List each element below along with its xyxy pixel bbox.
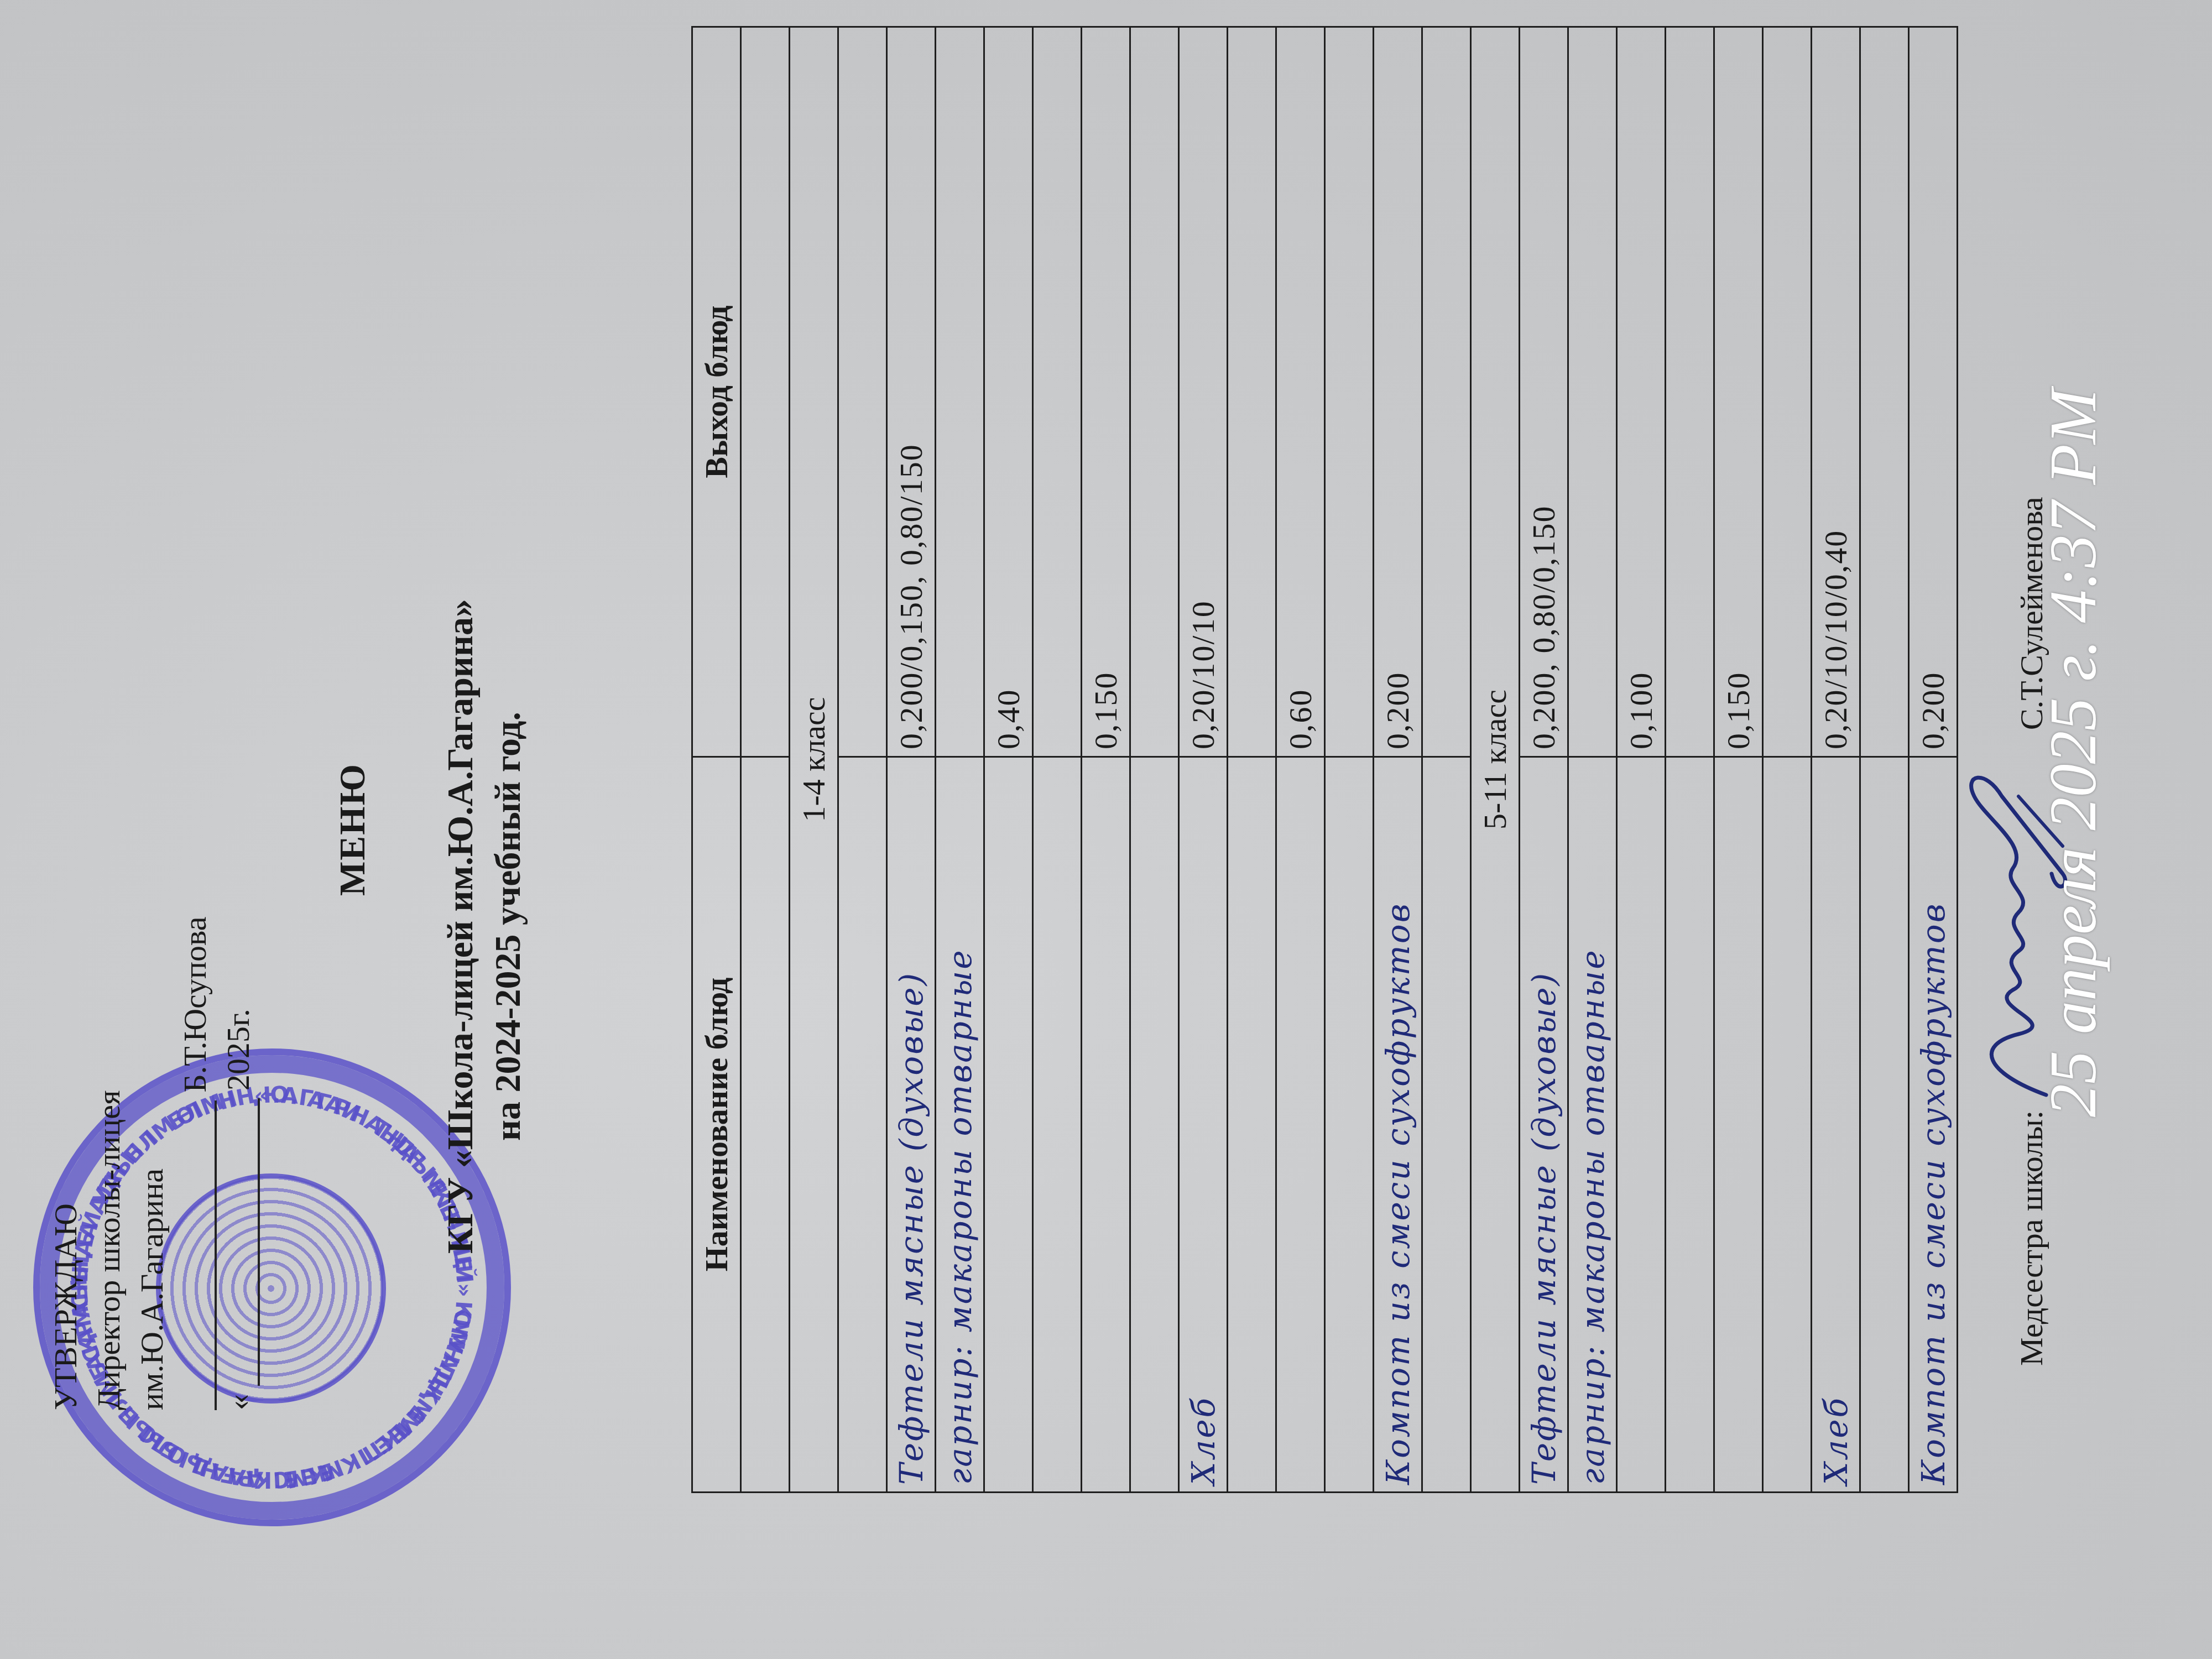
- table-row: 0,150: [1082, 27, 1130, 1493]
- dish-name-cell: гарнир: макароны отварные: [936, 757, 984, 1493]
- portion-cell: [1568, 27, 1617, 757]
- menu-title: МЕНЮ: [332, 0, 374, 1659]
- dish-name-cell: [1422, 757, 1471, 1493]
- portion-cell: 0,200/0,150, 0,80/150: [887, 27, 936, 757]
- table-row: [1033, 27, 1082, 1493]
- portion-cell: [1130, 27, 1179, 757]
- dish-name-cell: гарнир: макароны отварные: [1568, 757, 1617, 1493]
- table-row: Тефтели мясные (духовые)0,200, 0,80/0,15…: [1520, 27, 1568, 1493]
- photo-frame: ҚАРАҒАНДЫ ОБЛЫСЫ БІЛІМ БАСҚАРМАСЫНЫҢ АБА…: [0, 0, 2212, 1659]
- approval-school: им.Ю.А.Гагарина: [131, 802, 174, 1410]
- column-header-portion: Выход блюд: [692, 27, 741, 757]
- signature-line: [181, 1100, 217, 1410]
- table-row: Тефтели мясные (духовые)0,200/0,150, 0,8…: [887, 27, 936, 1493]
- portion-cell: 0,200: [1374, 27, 1422, 757]
- menu-table-body: 1-4 классТефтели мясные (духовые)0,200/0…: [741, 27, 1958, 1493]
- document-page: ҚАРАҒАНДЫ ОБЛЫСЫ БІЛІМ БАСҚАРМАСЫНЫҢ АБА…: [0, 0, 2212, 1659]
- table-row: [1130, 27, 1179, 1493]
- dish-name-cell: Хлеб: [1812, 757, 1860, 1493]
- portion-cell: [1033, 27, 1082, 757]
- portion-cell: [1325, 27, 1374, 757]
- dish-name-cell: [1860, 757, 1909, 1493]
- section-row: 1-4 класс: [790, 27, 838, 1493]
- table-row: [1763, 27, 1812, 1493]
- dish-name-cell: [984, 757, 1033, 1493]
- portion-cell: [1763, 27, 1812, 757]
- date-line: [225, 1099, 260, 1386]
- table-row: Хлеб0,20/10/10/0,40: [1812, 27, 1860, 1493]
- dish-name-cell: [1617, 757, 1666, 1493]
- table-row: 0,100: [1617, 27, 1666, 1493]
- table-row: [1325, 27, 1374, 1493]
- portion-cell: [936, 27, 984, 757]
- table-row: [1860, 27, 1909, 1493]
- date-suffix: 2025г.: [220, 1009, 256, 1091]
- table-row: [1228, 27, 1276, 1493]
- section-label: 5-11 класс: [1471, 27, 1520, 1493]
- school-year: на 2024-2025 учебный год.: [484, 194, 532, 1659]
- approval-signatory-line: Б.Т.Юсупова: [174, 802, 217, 1410]
- menu-table: Наименование блюд Выход блюд 1-4 классТе…: [691, 26, 1958, 1493]
- portion-cell: 0,20/10/10/0,40: [1812, 27, 1860, 757]
- table-row: [838, 27, 887, 1493]
- dish-name-cell: [1325, 757, 1374, 1493]
- dish-name-cell: Компот из смеси сухофруктов: [1909, 757, 1958, 1493]
- table-row: Компот из смеси сухофруктов0,200: [1374, 27, 1422, 1493]
- table-row: Хлеб0,20/10/10: [1179, 27, 1228, 1493]
- portion-cell: 0,100: [1617, 27, 1666, 757]
- date-prefix: «: [220, 1394, 256, 1410]
- approval-signatory: Б.Т.Юсупова: [177, 917, 213, 1093]
- portion-cell: [1860, 27, 1909, 757]
- portion-cell: [838, 27, 887, 757]
- organization-title: КГУ «Школа-лицей им.Ю.А.Гагарина» на 202…: [437, 194, 532, 1659]
- table-header-row: Наименование блюд Выход блюд: [692, 27, 741, 1493]
- photo-timestamp: 25 апреля 2025 г. 4:37 PM: [2035, 389, 2111, 1117]
- portion-cell: 0,200, 0,80/0,150: [1520, 27, 1568, 757]
- section-label: 1-4 класс: [790, 27, 838, 1493]
- approval-position: Директор школы-лицея: [87, 802, 131, 1410]
- portion-cell: [1228, 27, 1276, 757]
- portion-cell: [1666, 27, 1714, 757]
- table-row: Компот из смеси сухофруктов0,200: [1909, 27, 1958, 1493]
- dish-name-cell: [1033, 757, 1082, 1493]
- section-row: 5-11 класс: [1471, 27, 1520, 1493]
- table-row: 0,60: [1276, 27, 1325, 1493]
- portion-cell: 0,150: [1082, 27, 1130, 757]
- portion-cell: 0,20/10/10: [1179, 27, 1228, 757]
- table-row: [1422, 27, 1471, 1493]
- dish-name-cell: Хлеб: [1179, 757, 1228, 1493]
- table-row: [1666, 27, 1714, 1493]
- dish-name-cell: Компот из смеси сухофруктов: [1374, 757, 1422, 1493]
- portion-cell: [1422, 27, 1471, 757]
- approval-block: УТВЕРЖДАЮ Директор школы-лицея им.Ю.А.Га…: [44, 802, 260, 1410]
- table-row: гарнир: макароны отварные: [936, 27, 984, 1493]
- table-row: гарнир: макароны отварные: [1568, 27, 1617, 1493]
- dish-name-cell: [741, 757, 790, 1493]
- portion-cell: 0,200: [1909, 27, 1958, 757]
- dish-name-cell: [1130, 757, 1179, 1493]
- dish-name-cell: Тефтели мясные (духовые): [1520, 757, 1568, 1493]
- portion-cell: 0,150: [1714, 27, 1763, 757]
- dish-name-cell: [1082, 757, 1130, 1493]
- table-row: [741, 27, 790, 1493]
- dish-name-cell: [1228, 757, 1276, 1493]
- dish-name-cell: Тефтели мясные (духовые): [887, 757, 936, 1493]
- organization-name: КГУ «Школа-лицей им.Ю.А.Гагарина»: [437, 194, 484, 1659]
- portion-cell: 0,40: [984, 27, 1033, 757]
- dish-name-cell: [1714, 757, 1763, 1493]
- dish-name-cell: [1763, 757, 1812, 1493]
- portion-cell: [741, 27, 790, 757]
- column-header-dish-name: Наименование блюд: [692, 757, 741, 1493]
- approval-date: « 2025г.: [217, 802, 260, 1410]
- table-row: 0,150: [1714, 27, 1763, 1493]
- dish-name-cell: [1276, 757, 1325, 1493]
- dish-name-cell: [1666, 757, 1714, 1493]
- nurse-label: Медсестра школы:: [2013, 1110, 2050, 1366]
- dish-name-cell: [838, 757, 887, 1493]
- portion-cell: 0,60: [1276, 27, 1325, 757]
- table-row: 0,40: [984, 27, 1033, 1493]
- approval-title: УТВЕРЖДАЮ: [44, 802, 87, 1410]
